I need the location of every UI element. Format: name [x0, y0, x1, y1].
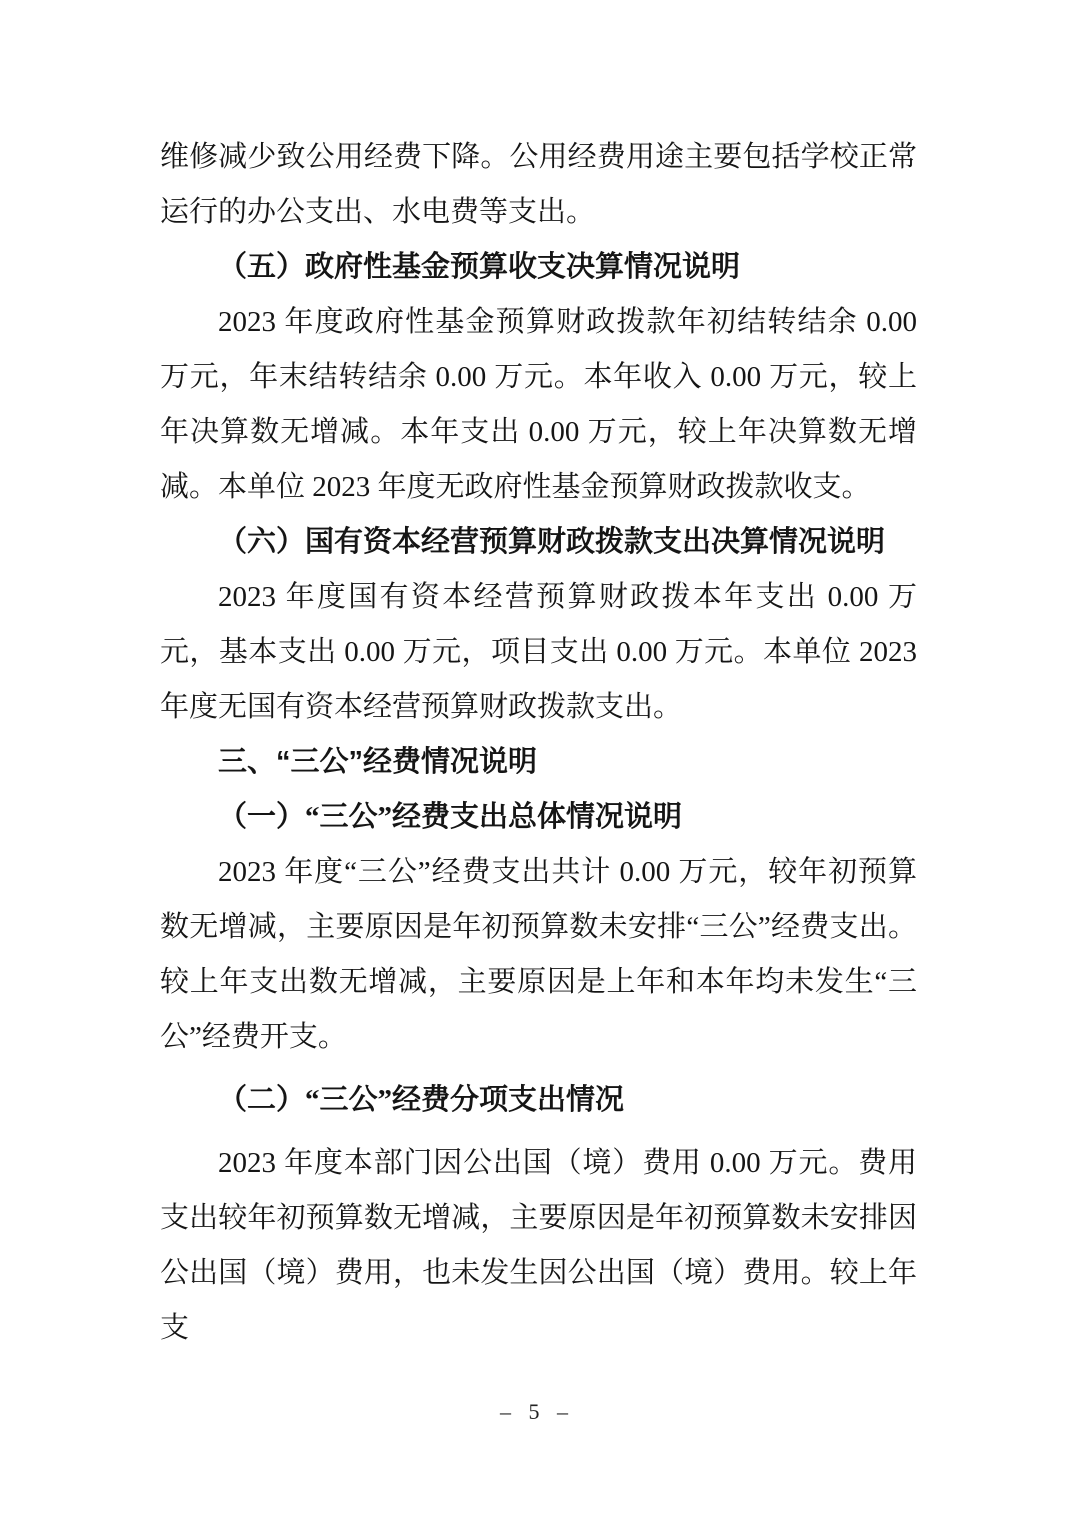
heading-section-5-government-fund-budget: （五）政府性基金预算收支决算情况说明	[160, 240, 917, 295]
document-page: 维修减少致公用经费下降。公用经费用途主要包括学校正常运行的办公支出、水电费等支出…	[0, 0, 1074, 1520]
heading-subsection-2-itemized-expenses: （二）“三公”经费分项支出情况	[160, 1073, 917, 1128]
heading-subsection-1-overall-situation: （一）“三公”经费支出总体情况说明	[160, 790, 917, 845]
paragraph-section-6-state-capital-budget: 2023 年度国有资本经营预算财政拨本年支出 0.00 万元，基本支出 0.00…	[160, 570, 917, 735]
page-number: – 5 –	[0, 1398, 1074, 1426]
document-body: 维修减少致公用经费下降。公用经费用途主要包括学校正常运行的办公支出、水电费等支出…	[160, 130, 917, 1356]
heading-section-6-state-capital-budget: （六）国有资本经营预算财政拨款支出决算情况说明	[160, 515, 917, 570]
paragraph-subsection-2-itemized-expenses: 2023 年度本部门因公出国（境）费用 0.00 万元。费用支出较年初预算数无增…	[160, 1136, 917, 1356]
heading-part-3-three-public-expenses: 三、“三公”经费情况说明	[160, 735, 917, 790]
paragraph-subsection-1-overall-situation: 2023 年度“三公”经费支出共计 0.00 万元，较年初预算数无增减，主要原因…	[160, 845, 917, 1065]
paragraph-public-expense-continuation: 维修减少致公用经费下降。公用经费用途主要包括学校正常运行的办公支出、水电费等支出…	[160, 130, 917, 240]
paragraph-section-5-government-fund-budget: 2023 年度政府性基金预算财政拨款年初结转结余 0.00 万元，年末结转结余 …	[160, 295, 917, 515]
